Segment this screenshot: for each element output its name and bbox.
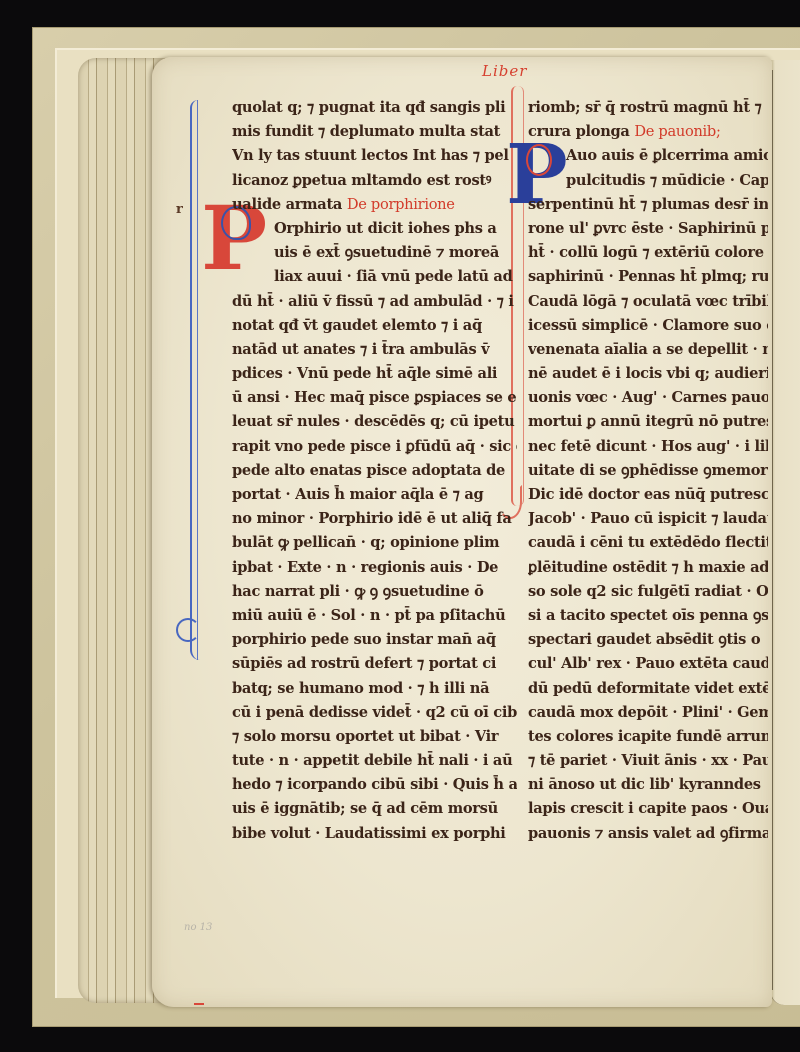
- text-line: quolat q; ⁊ pugnat ita qđ sangis pli: [232, 96, 517, 120]
- text-fragment: ualide armata: [232, 196, 342, 213]
- text-line: lapis crescit i capite paos · Oua: [528, 797, 768, 821]
- text-line: pdices · Vnū pede ht̄ aq̄le simē ali: [232, 362, 517, 386]
- text-column-right: riomb; sr̄ q̄ rostrū magnū ht̄ ⁊ crura p…: [528, 96, 768, 846]
- text-line-with-rubric: ualide armata De porphirione: [232, 193, 517, 217]
- text-line: leuat sr̄ nules · descēdēs q; cū ipetu: [232, 410, 517, 434]
- text-line: uis ē ext̄ ꝯsuetudinē ⁊ moreā: [232, 241, 517, 265]
- text-line: mortui ꝑ annū itegrū nō putresc: [528, 410, 768, 434]
- text-line: ipbat · Exte · n · regionis auis · De: [232, 556, 517, 580]
- text-line: caudā i cēni tu extēdēdo flectit ⁊: [528, 531, 768, 555]
- text-line-with-rubric: crura plonga De pauonib;: [528, 120, 768, 144]
- text-line: mis fundit ⁊ deplumato multa stat: [232, 120, 517, 144]
- text-line: ⁊ tē pariet · Viuit ānis · xx · Pau: [528, 749, 768, 773]
- text-line: sūpiēs ad rostrū defert ⁊ portat ci: [232, 652, 517, 676]
- text-line: cū i penā dedisse videt̄ · q2 cū oī cibo: [232, 701, 517, 725]
- text-line: Caudā lōgā ⁊ oculatā vœc trībile: [528, 290, 768, 314]
- text-line: Vn ly tas stuunt lectos Int has ⁊ pel: [232, 144, 517, 168]
- text-line: hedo ⁊ icorpando cibū sibi · Quis h̄ a: [232, 773, 517, 797]
- running-head: Liber: [482, 62, 527, 80]
- text-line: riomb; sr̄ q̄ rostrū magnū ht̄ ⁊: [528, 96, 768, 120]
- text-line: nē audet ē i locis vbi q; audierint pa: [528, 362, 768, 386]
- text-line: liax auui · ſiā vnū pede latū ad natā: [232, 265, 517, 289]
- text-line: nec fetē dicunt · Hos aug' · i lib' de c…: [528, 435, 768, 459]
- text-line: so sole q2 sic fulgētī radiat · O: [528, 580, 768, 604]
- text-line: spectari gaudet absēdit ꝯtis o: [528, 628, 768, 652]
- text-line: batq; se humano mod · ⁊ h illi nā: [232, 677, 517, 701]
- text-line: bulāt ꝙ pellican̄ · q; opinione plim: [232, 531, 517, 555]
- text-column-left: quolat q; ⁊ pugnat ita qđ sangis pli mis…: [232, 96, 517, 846]
- text-line: si a tacito spectet oīs penna ꝯsp: [528, 604, 768, 628]
- rubric-heading: De pauonib;: [634, 123, 720, 140]
- text-line: licanoz ꝑpetua mltamdo est rostꝰ: [232, 169, 517, 193]
- text-line: dū ht̄ · aliū v̄ fissū ⁊ ad ambulād · ⁊ …: [232, 290, 517, 314]
- text-line: pede alto enatas pisce adoptata de: [232, 459, 517, 483]
- text-line: cul' Alb' rex · Pauo extēta cauda: [528, 652, 768, 676]
- text-line: Jacob' · Pauo cū ispicit ⁊ laudatur: [528, 507, 768, 531]
- blue-penwork-flourish-inner: [197, 100, 206, 660]
- red-ink-mark: [194, 1003, 204, 1005]
- text-line: notat qđ v̄t gaudet elemto ⁊ i aq̄: [232, 314, 517, 338]
- text-line: uis ē iggnātib; se q̄ ad cēm morsū: [232, 797, 517, 821]
- text-line: ni ānoso ut dic lib' kyranndes: [528, 773, 768, 797]
- margin-mark: r: [176, 202, 183, 217]
- text-line: pulcitudis ⁊ mūdicie · Capu: [528, 169, 768, 193]
- text-line: porphirio pede suo instar man̄ aq̄: [232, 628, 517, 652]
- text-line: Dic idē doctor eas nūq̄ putrescē: [528, 483, 768, 507]
- text-line: Orphirio ut dicit iohes phs a: [232, 217, 517, 241]
- text-line: miū auiū ē · Sol · n · pt̄ pa pſitachū: [232, 604, 517, 628]
- text-line: saphirinū · Pennas ht̄ plmq; ruffa: [528, 265, 768, 289]
- text-line: bibe volut · Laudatissimi ex porphi: [232, 822, 517, 846]
- text-line: caudā mox depōit · Plini' · Gemmā: [528, 701, 768, 725]
- text-line: ⁊ solo morsu oportet ut bibat · Vir: [232, 725, 517, 749]
- gutter-fold-line: [772, 70, 773, 990]
- text-line: rone ul' ꝑvrc ēste · Saphirinū pect': [528, 217, 768, 241]
- text-line: dū pedū deformitate videt extēta: [528, 677, 768, 701]
- text-line: hac narrat pli · ꝙ ꝯ ꝯsuetudine ō: [232, 580, 517, 604]
- text-line: natād ut anates ⁊ i t̄ra ambulās v̄: [232, 338, 517, 362]
- rubric-heading: De porphirione: [347, 196, 455, 213]
- text-line: portat · Auis h̄ maior aq̄la ē ⁊ ag: [232, 483, 517, 507]
- text-line: venenata aīalia a se depellit · nī ma: [528, 338, 768, 362]
- text-line: ū ansi · Hec maq̄ pisce ꝑspiaces se e: [232, 386, 517, 410]
- text-line: serpentinū ht̄ ⁊ plumas desr̄ instar ce: [528, 193, 768, 217]
- text-line: ht̄ · collū logū ⁊ extēriū colore sīlr: [528, 241, 768, 265]
- text-line: tes colores icapite fundē arrumam: [528, 725, 768, 749]
- text-line: uitate di se ꝯphēdisse ꝯmemorat ·: [528, 459, 768, 483]
- text-fragment: crura plonga: [528, 123, 630, 140]
- text-line: ꝑlēitudine ostēdit ⁊ h maxie adu: [528, 556, 768, 580]
- text-line: no minor · Porphirio idē ē ut aliq̄ fa: [232, 507, 517, 531]
- text-line: tute · n · appetit debile ht̄ nali · i a…: [232, 749, 517, 773]
- text-line: rapit vno pede pisce i ꝑfūdū aq̄ · sic q…: [232, 435, 517, 459]
- text-line: uonis vœc · Aug' · Carnes pauonis: [528, 386, 768, 410]
- pencil-folio-note: no 13: [184, 922, 212, 933]
- text-line: icessū simplicē · Clamore suo oīa: [528, 314, 768, 338]
- blue-flourish-curl: [176, 618, 200, 642]
- facing-page-edge: [770, 60, 800, 1005]
- text-line: Auo auis ē ꝑlcerrima amica: [528, 144, 768, 168]
- text-line: pauonis ⁊ ansis valet ad ꝯfirmad: [528, 822, 768, 846]
